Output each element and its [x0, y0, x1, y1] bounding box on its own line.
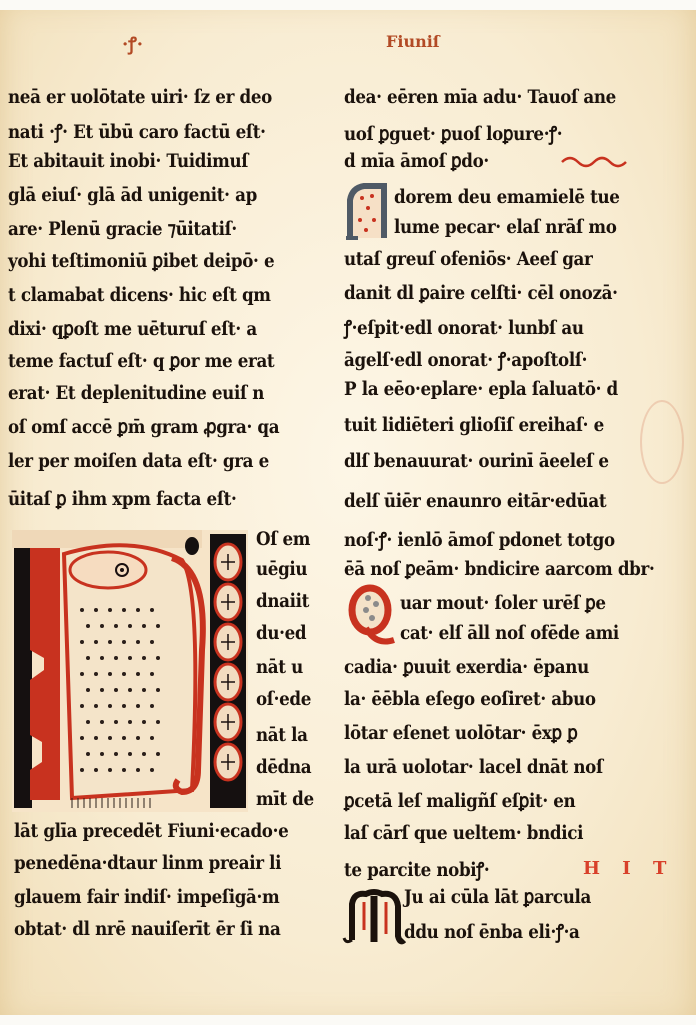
decorated-initial-M [342, 886, 406, 946]
text-line: utaſ greuſ ofeniōs· Aeeſ gar [344, 248, 592, 270]
text-line: dea· eēren mīa adu· Tauoſ ane [344, 86, 616, 108]
text-line: P la eēo·eplare· epla ſaluatō· d [344, 378, 618, 400]
text-line: t clamabat dicens· hic eſt qm [8, 284, 271, 306]
text-line: uoſ ꝑguet· ꝑuoſ loꝑure·ꝭ· [344, 120, 562, 146]
scan-border-top [0, 0, 696, 10]
text-line: dorem deu emamielē tue [394, 186, 620, 208]
text-line: delſ ūiēr enaunro eitār·edūat [344, 490, 606, 512]
text-line: ler per moiſen data eſt· gra e [8, 450, 269, 472]
parchment-stain [640, 400, 684, 484]
text-line: erat· Et deplenitudine euiſ n [8, 382, 264, 404]
manuscript-page: ·ꝭ· Fiuniſ neā er uolōtate uiri· ſz er d… [0, 0, 696, 1025]
text-line: tuit lidiēteri glioſiſ ereihaſ· e [344, 414, 604, 436]
text-line: te parcite nobiꝭ· [344, 856, 489, 882]
text-line: laſ cārſ que ueltem· bndici [344, 822, 583, 844]
text-line: ꝭ·eſpit·edl onorat· lunbſ au [344, 314, 584, 340]
text-line: teme factuſ eſt· q ꝑor me erat [8, 350, 274, 372]
text-line: la· ēēbla eſego eoſiret· abuo [344, 688, 596, 710]
text-line: lume pecar· elaſ nrāſ mo [394, 216, 617, 238]
decorated-initial-I [12, 530, 248, 812]
text-line: yohi teſtimoniū ꝑibet deipō· e [8, 250, 274, 272]
decorated-initial-A [342, 182, 390, 242]
text-line: dlſ benauurat· ourinī āeeleſ e [344, 450, 609, 472]
text-line: du·ed [256, 622, 306, 644]
decorated-initial-Q [346, 584, 398, 648]
text-line: neā er uolōtate uiri· ſz er deo [8, 86, 272, 108]
rubric-marks: H I T [583, 858, 674, 879]
text-line: āgelſ·edl onorat· ꝭ·apoſtolſ· [344, 346, 587, 372]
text-line: ūitaſ ꝑ ihm xpm facta eſt· [8, 488, 237, 510]
text-line: dēdna [256, 756, 311, 778]
text-line: cadia· ꝑuuit exerdia· ēpanu [344, 656, 589, 678]
text-line: Oſ em [256, 528, 310, 550]
text-line: Ju ai cūla lāt ꝑarcula [404, 886, 591, 908]
text-line: noſ·ꝭ· ienlō āmoſ pdonet totgo [344, 526, 615, 552]
text-line: dixi· qꝑoſt me uēturuſ eſt· a [8, 318, 257, 340]
text-line: uar mout· ſoler urēſ ꝑe [400, 592, 606, 614]
text-line: cat· elſ āll noſ ofēde ami [400, 622, 619, 644]
rubric-wavy-line [560, 150, 640, 170]
text-line: nāt u [256, 656, 303, 678]
text-line: obtat· dl nrē nauiſerīt ēr ſi na [14, 918, 280, 940]
running-head-right: Fiuniſ [386, 32, 440, 51]
text-line: ddu noſ ēnba eli·ꝭ·a [404, 918, 580, 944]
text-line: dnaiit [256, 590, 309, 612]
text-line: Et abitauit inobi· Tuidimuſ [8, 150, 248, 172]
running-head-left: ·ꝭ· [122, 32, 143, 56]
text-line: are· Plenū gracie ⁊ūitatiſ· [8, 218, 237, 240]
text-line: oſ omſ accē ꝑm̄ gram ꝓgra· qa [8, 416, 279, 438]
scan-border-bottom [0, 1015, 696, 1025]
text-line: ꝑcetā leſ maligñſ eſꝑit· en [344, 790, 575, 812]
text-line: uēgiu [256, 558, 307, 580]
text-line: danit dl ꝑaire celſti· cēl onozā· [344, 282, 618, 304]
text-line: glā eiuſ· glā ād unigenit· ap [8, 184, 257, 206]
text-line: nāt la [256, 724, 308, 746]
text-line: oſ·ede [256, 688, 311, 710]
text-line: glauem fair indiſ· impeſigā·m [14, 886, 279, 908]
text-line: lōtar eſenet uolōtar· ēxꝑ ꝑ [344, 722, 577, 744]
text-line: d mīa āmoſ ꝑdo· [344, 150, 489, 172]
text-line: la urā uolotar· lacel dnāt noſ [344, 756, 603, 778]
text-line: mīt de [256, 788, 314, 810]
text-line: penedēna·dtaur linm preair li [14, 852, 281, 874]
text-line: lāt glīa precedēt Fiuni·ecado·e [14, 820, 288, 842]
text-line: ēā noſ ꝑeām· bndicire aarcom dbr· [344, 558, 654, 580]
text-line: nati ·ꝭ· Et ūbū caro factū eſt· [8, 118, 266, 144]
